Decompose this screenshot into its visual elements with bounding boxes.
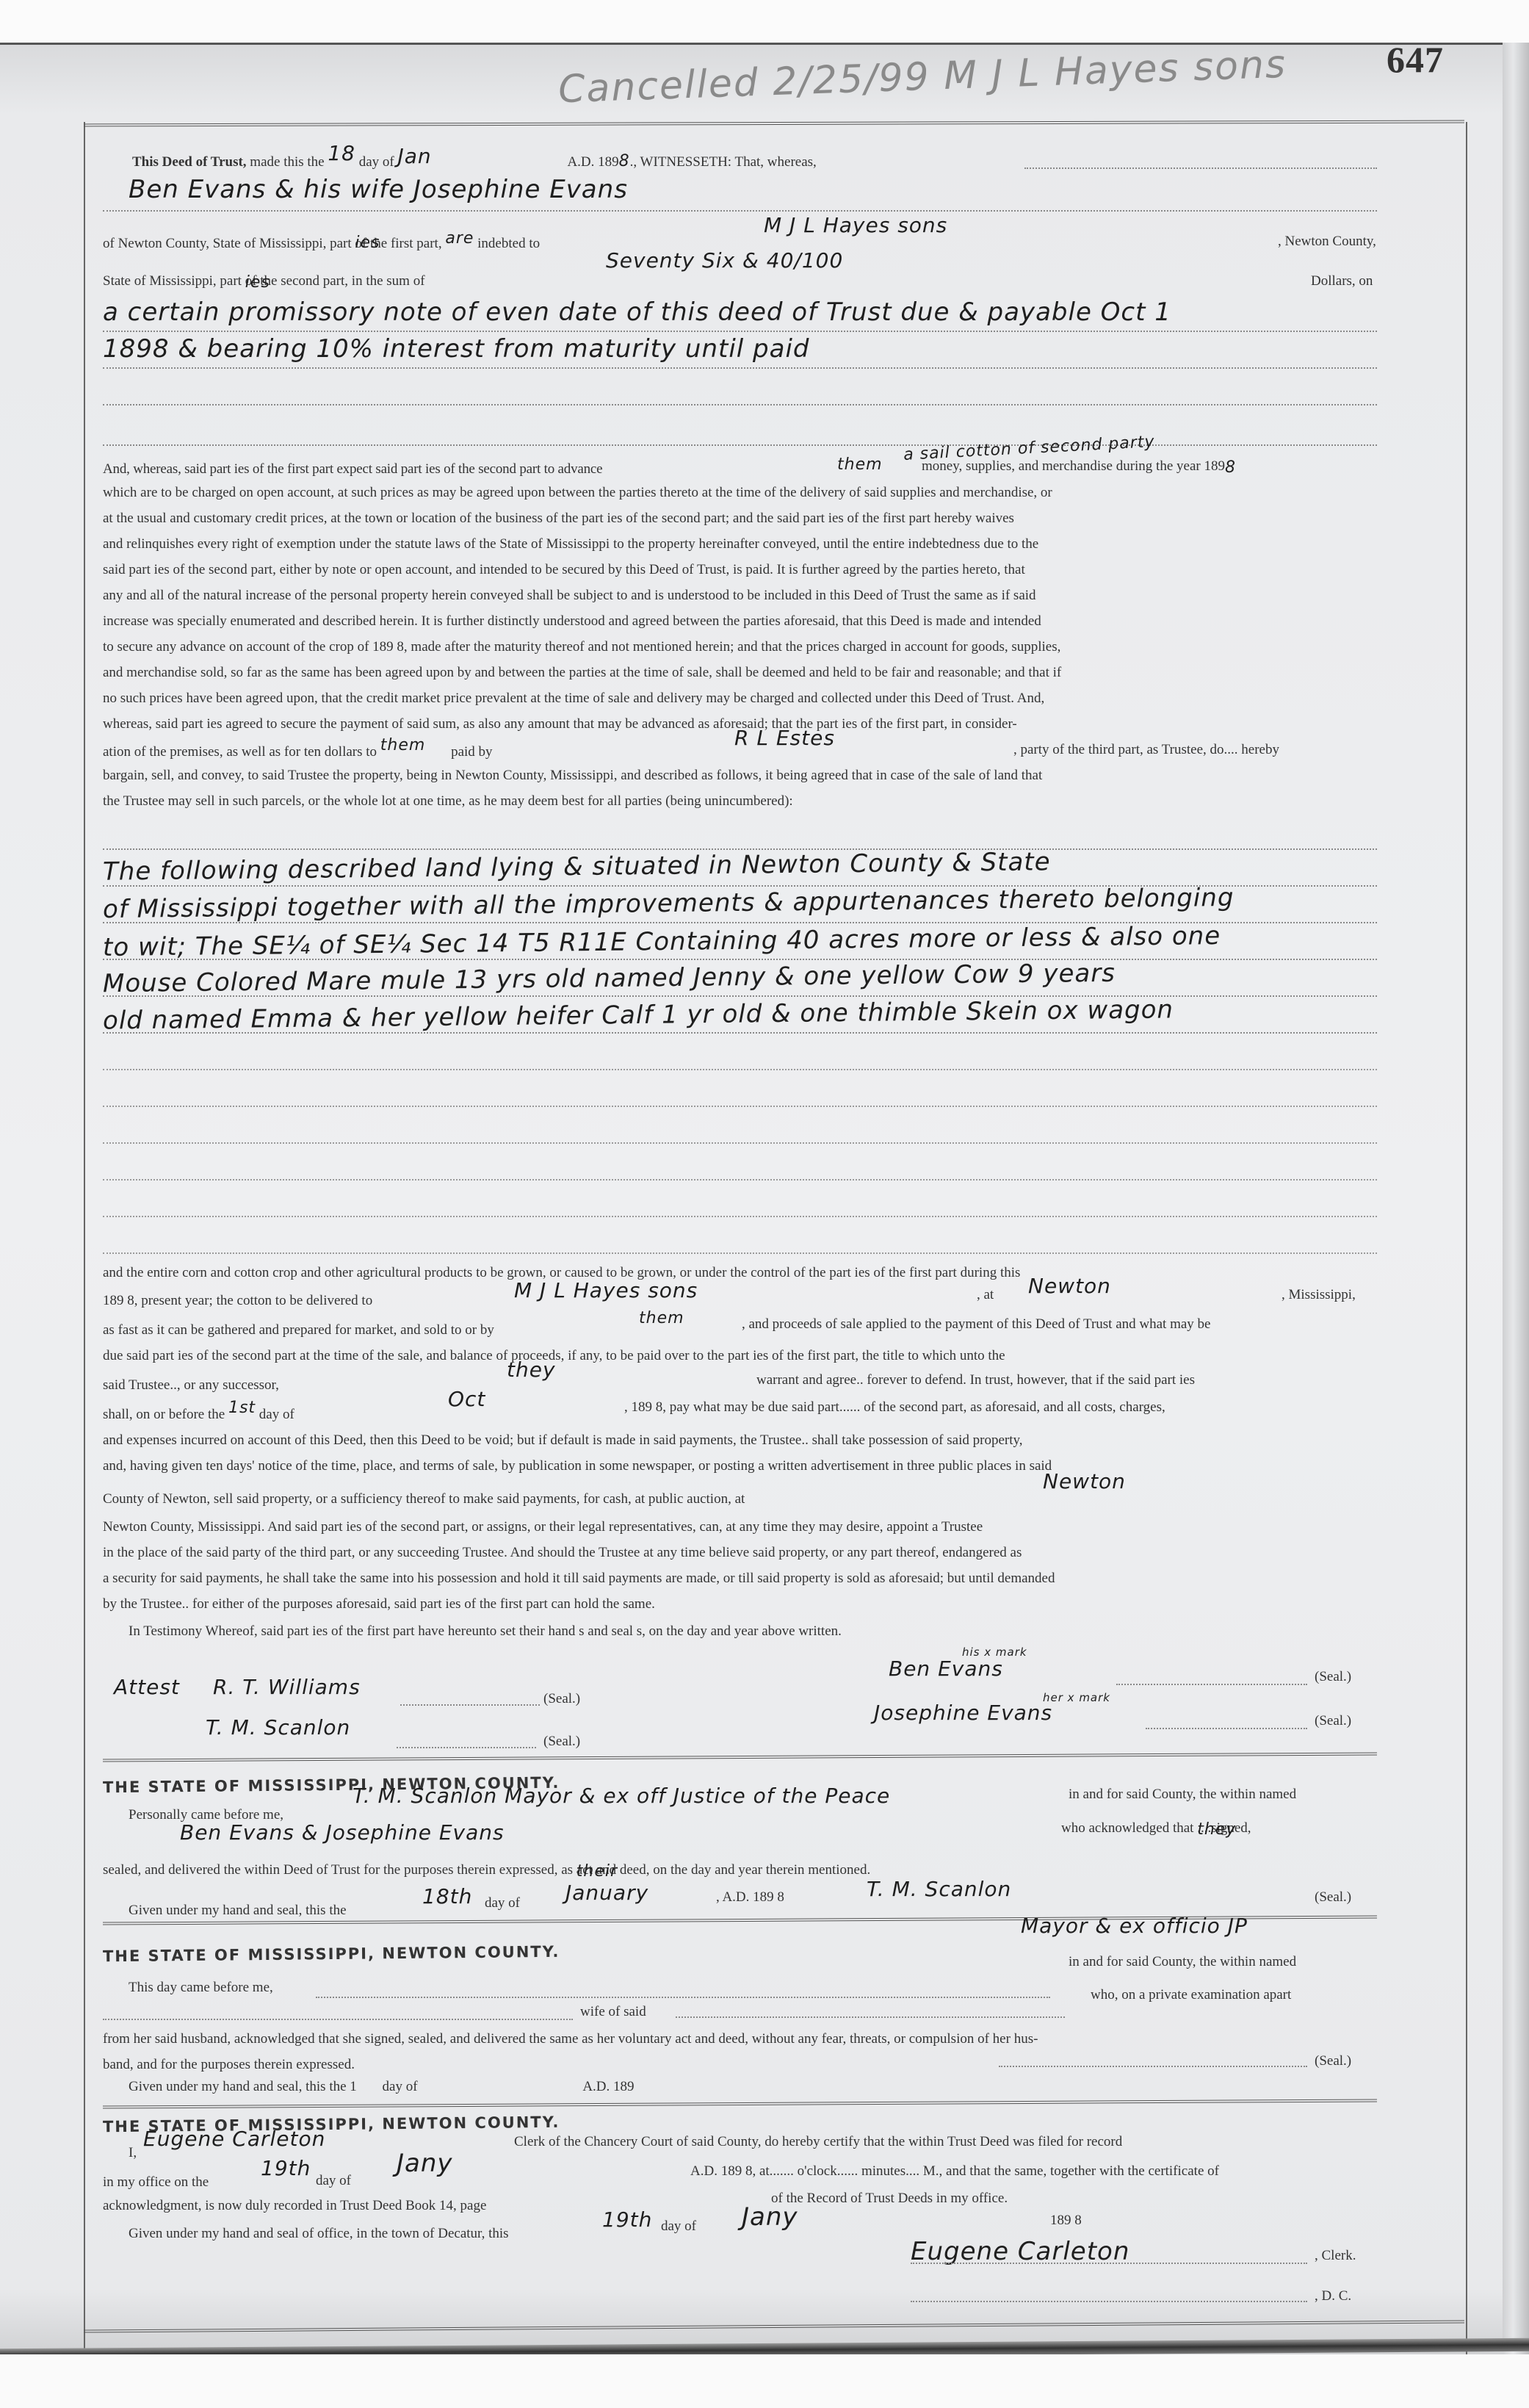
their-word: their [576, 1862, 618, 1881]
dotted-rule [103, 1106, 1377, 1107]
clerk-line-1: Clerk of the Chancery Court of said Coun… [514, 2134, 1122, 2150]
advances-line-10: whereas, said part ies agreed to secure … [103, 716, 1017, 732]
consideration-text: ation of the premises, as well as for te… [103, 744, 377, 760]
dotted-rule [103, 995, 1377, 997]
clerk-line-4-prefix: Given under my hand and seal of office, … [129, 2226, 509, 2242]
dotted-rule [316, 1997, 1050, 1998]
advances-line-2: at the usual and customary credit prices… [103, 511, 1014, 527]
advances-line-0: And, whereas, said part ies of the first… [103, 461, 602, 477]
paid-by-label: paid by [451, 744, 492, 760]
signer-josephine-evans: Josephine Evans [874, 1701, 1052, 1725]
payment-month: Oct [448, 1387, 485, 1411]
in-and-for-label: in and for said County, the within named [1069, 1787, 1296, 1803]
seal-label: (Seal.) [543, 1691, 580, 1707]
dotted-rule [397, 1747, 536, 1748]
scan-margin-top [0, 0, 1529, 44]
seal-label: (Seal.) [1315, 1713, 1351, 1729]
newton-county-label: , Newton County, [1278, 234, 1376, 250]
at-label: , at [977, 1287, 994, 1303]
private-exam-label: who, on a private examination apart [1091, 1987, 1291, 2003]
filed-day: 19th [261, 2156, 311, 2180]
crop-line-6: and expenses incurred on account of this… [103, 1432, 1023, 1449]
sold-by: them [639, 1309, 684, 1327]
seal-label: (Seal.) [1315, 2053, 1351, 2069]
act-and-deed-text: act and deed, on the day and year therei… [576, 1862, 870, 1878]
ack-month: January [565, 1881, 648, 1905]
delivery-town: Newton [1028, 1274, 1111, 1298]
given-label: Given under my hand and seal, this the [129, 1903, 347, 1919]
advances-line-6: increase was specially enumerated and de… [103, 613, 1041, 630]
payment-day: 1st [228, 1399, 256, 1417]
in-and-for-label: in and for said County, the within named [1069, 1954, 1296, 1970]
proceeds-clause: , and proceeds of sale applied to the pa… [742, 1316, 1210, 1333]
crop-line-11: a security for said payments, he shall t… [103, 1571, 1055, 1587]
money-clause-text: money, supplies, and merchandise during … [922, 458, 1225, 474]
attest-label: Attest [114, 1675, 180, 1699]
verb-are: are [445, 229, 474, 248]
wife-exam-day: 1 [350, 2079, 357, 2094]
wife-of-said-label: wife of said [580, 2004, 646, 2020]
clerk-line-1-prefix: I, [129, 2145, 137, 2161]
ack-signature: T. M. Scanlon [867, 1877, 1011, 1901]
dollars-on-label: Dollars, on [1311, 273, 1373, 289]
dotted-rule [400, 1704, 540, 1706]
given-under-text: Given under my hand and seal, this the [129, 2079, 347, 2094]
wife-exam-line-3: band, and for the purposes therein expre… [103, 2057, 355, 2073]
scan-margin-bottom [0, 2354, 1529, 2408]
witness-scanlon: T. M. Scanlon [206, 1715, 350, 1740]
witness-williams: R. T. Williams [213, 1675, 361, 1699]
pronoun-they: they [1197, 1820, 1236, 1839]
deed-title: This Deed of Trust, [132, 154, 247, 170]
grantors-names: Ben Evans & his wife Josephine Evans [129, 175, 628, 204]
day-of-label: day of [359, 154, 394, 170]
mississippi-label: , Mississippi, [1282, 1287, 1356, 1303]
certificate-day: 19th [602, 2207, 652, 2232]
dotted-rule [103, 959, 1377, 960]
who-acknowledged-label: who acknowledged that they....signed, [1061, 1820, 1251, 1836]
this-day-came-label: This day came before me, [129, 1980, 273, 1996]
crop-line-12: by the Trustee.. for either of the purpo… [103, 1596, 655, 1612]
day-of-label: day of [259, 1407, 294, 1422]
opening-line-1: This Deed of Trust, made this the 18 day… [132, 147, 817, 171]
dotted-rule [103, 2019, 573, 2020]
opening-line-4: State of Mississippi, part ies of the se… [103, 273, 425, 289]
made-this-label: made this the [250, 154, 324, 170]
advance-to: them [837, 455, 883, 474]
advances-line-8: and merchandise sold, so far as the same… [103, 665, 1061, 681]
advances-line-7: to secure any advance on account of the … [103, 639, 1060, 655]
warrant-clause: warrant and agree.. forever to defend. I… [756, 1372, 1195, 1388]
dotted-rule [103, 1069, 1377, 1070]
clerk-signature: Eugene Carleton [911, 2237, 1129, 2266]
signer-mark-note: her x mark [1043, 1691, 1110, 1704]
dotted-rule [1024, 167, 1377, 169]
dotted-rule [911, 2301, 1307, 2302]
part-suffix: ies [245, 273, 270, 292]
filed-month: Jany [397, 2149, 453, 2178]
ten-dollars-recipient: them [380, 736, 426, 754]
filed-day-of: day of [316, 2173, 351, 2189]
advances-line-13: the Trustee may sell in such parcels, or… [103, 793, 793, 810]
certificate-year: 189 8 [1050, 2213, 1082, 2229]
witnesseth-label: ., WITNESSETH: That, whereas, [630, 154, 817, 170]
dotted-rule [103, 1142, 1377, 1144]
sum-amount: Seventy Six & 40/100 [606, 248, 843, 273]
advances-line-12: bargain, sell, and convey, to said Trust… [103, 768, 1042, 784]
advances-line-11: ation of the premises, as well as for te… [103, 742, 493, 760]
trustee-suffix: , party of the third part, as Trustee, d… [1013, 742, 1279, 758]
trustee-name: R L Estes [734, 726, 835, 750]
advances-line-1: which are to be charged on open account,… [103, 485, 1052, 501]
auction-place: Newton [1043, 1469, 1126, 1493]
dotted-rule [103, 331, 1377, 332]
dotted-rule [1116, 1684, 1307, 1685]
dotted-rule [1146, 1728, 1307, 1729]
crop-line-1: 189 8, present year; the cotton to be de… [103, 1293, 372, 1309]
wife-given-label: Given under my hand and seal, this the 1… [129, 2079, 635, 2095]
seal-label: (Seal.) [543, 1734, 580, 1750]
seal-label: (Seal.) [1315, 1889, 1351, 1906]
ack-year: , A.D. 189 8 [716, 1889, 784, 1906]
crop-line-10: in the place of the said party of the th… [103, 1545, 1022, 1561]
dotted-rule [103, 1179, 1377, 1180]
clerk-line-2-prefix: in my office on the [103, 2174, 209, 2191]
cotton-delivered-to: M J L Hayes sons [514, 1278, 698, 1302]
acknowledging-officer: T. M. Scanlon Mayor & ex off Justice of … [353, 1784, 890, 1808]
wife-exam-line-2: from her said husband, acknowledged that… [103, 2031, 1038, 2047]
advance-year-digit: 8 [1225, 458, 1236, 477]
creditor-name: M J L Hayes sons [764, 213, 947, 237]
signer-mark-note: his x mark [962, 1645, 1027, 1659]
dotted-rule [103, 404, 1377, 405]
dotted-rule [911, 2263, 1307, 2264]
ad-label: A.D. 189 [567, 154, 618, 170]
deputy-clerk-label: , D. C. [1315, 2288, 1351, 2304]
crop-line-9: Newton County, Mississippi. And said par… [103, 1519, 983, 1535]
advances-line-3: and relinquishes every right of exemptio… [103, 536, 1038, 552]
ad-label: A.D. 189 [582, 2079, 634, 2094]
opening-line-3: of Newton County, State of Mississippi, … [103, 234, 540, 252]
ack-day: 18th [422, 1884, 472, 1908]
warrant-party: they [507, 1358, 556, 1382]
deed-month: Jan [398, 144, 432, 168]
advances-line-4: said part ies of the second part, either… [103, 562, 1025, 578]
clerk-line-3-rest: of the Record of Trust Deeds in my offic… [771, 2191, 1008, 2207]
sealed-line: sealed, and delivered the within Deed of… [103, 1862, 870, 1878]
clerk-label: , Clerk. [1315, 2248, 1356, 2264]
sum-of-label: of the second part, in the sum of [245, 273, 425, 289]
who-acknowledged-text: who acknowledged that [1061, 1820, 1193, 1836]
day-of-label: day of [383, 2079, 418, 2094]
crop-line-2: as fast as it can be gathered and prepar… [103, 1322, 494, 1338]
certificate-month: Jany [742, 2202, 798, 2232]
seal-label: (Seal.) [1315, 1669, 1351, 1685]
crop-line-7: and, having given ten days' notice of th… [103, 1458, 1052, 1474]
dotted-rule [103, 1252, 1377, 1254]
page-gutter-shadow [1503, 43, 1529, 2357]
dotted-rule [103, 1032, 1377, 1034]
clerk-line-2: A.D. 189 8, at....... o'clock...... minu… [690, 2163, 1219, 2180]
deed-day: 18 [328, 141, 355, 165]
of-newton-county-text: of Newton County, State of Mississippi, … [103, 236, 352, 251]
promissory-note-line-2: 1898 & bearing 10% interest from maturit… [103, 334, 810, 364]
promissory-note-line-1: a certain promissory note of even date o… [103, 298, 1171, 327]
acknowledging-parties: Ben Evans & Josephine Evans [180, 1820, 505, 1845]
page-number: 647 [1387, 38, 1444, 81]
clerk-name: Eugene Carleton [143, 2127, 325, 2151]
dotted-rule [676, 2016, 1065, 2018]
clerk-line-3: acknowledgment, is now duly recorded in … [103, 2198, 486, 2214]
part-suffix: ies [355, 234, 380, 252]
deed-form-frame [84, 122, 1467, 2357]
dotted-rule [103, 444, 1377, 446]
advances-line-5: any and all of the natural increase of t… [103, 588, 1036, 604]
crop-line-8: County of Newton, sell said property, or… [103, 1491, 745, 1507]
indebted-to-label: indebted to [477, 236, 540, 251]
state-of-mississippi-text: State of Mississippi, part [103, 273, 242, 289]
crop-line-4: said Trustee.., or any successor, [103, 1377, 279, 1394]
dotted-rule [103, 1216, 1377, 1217]
ack-day-of: day of [485, 1895, 520, 1911]
dotted-rule [103, 367, 1377, 369]
payment-year-clause: , 189 8, pay what may be due said part..… [624, 1399, 1165, 1416]
dotted-rule [103, 210, 1377, 212]
advances-line-9: no such prices have been agreed upon, th… [103, 691, 1044, 707]
certificate-day-of: day of [661, 2218, 696, 2235]
ack-signature-title: Mayor & ex officio JP [1021, 1914, 1248, 1938]
signer-ben-evans: Ben Evans [889, 1657, 1003, 1681]
crop-line-5: shall, on or before the 1st day of [103, 1405, 294, 1423]
deed-year-digit: 8 [619, 152, 630, 170]
dotted-rule [999, 2066, 1307, 2067]
on-or-before-label: shall, on or before the [103, 1407, 225, 1422]
testimony-text: In Testimony Whereof, said part ies of t… [129, 1623, 842, 1640]
money-clause: money, supplies, and merchandise during … [922, 458, 1225, 475]
sealed-text: sealed, and delivered the within Deed of… [103, 1862, 573, 1878]
